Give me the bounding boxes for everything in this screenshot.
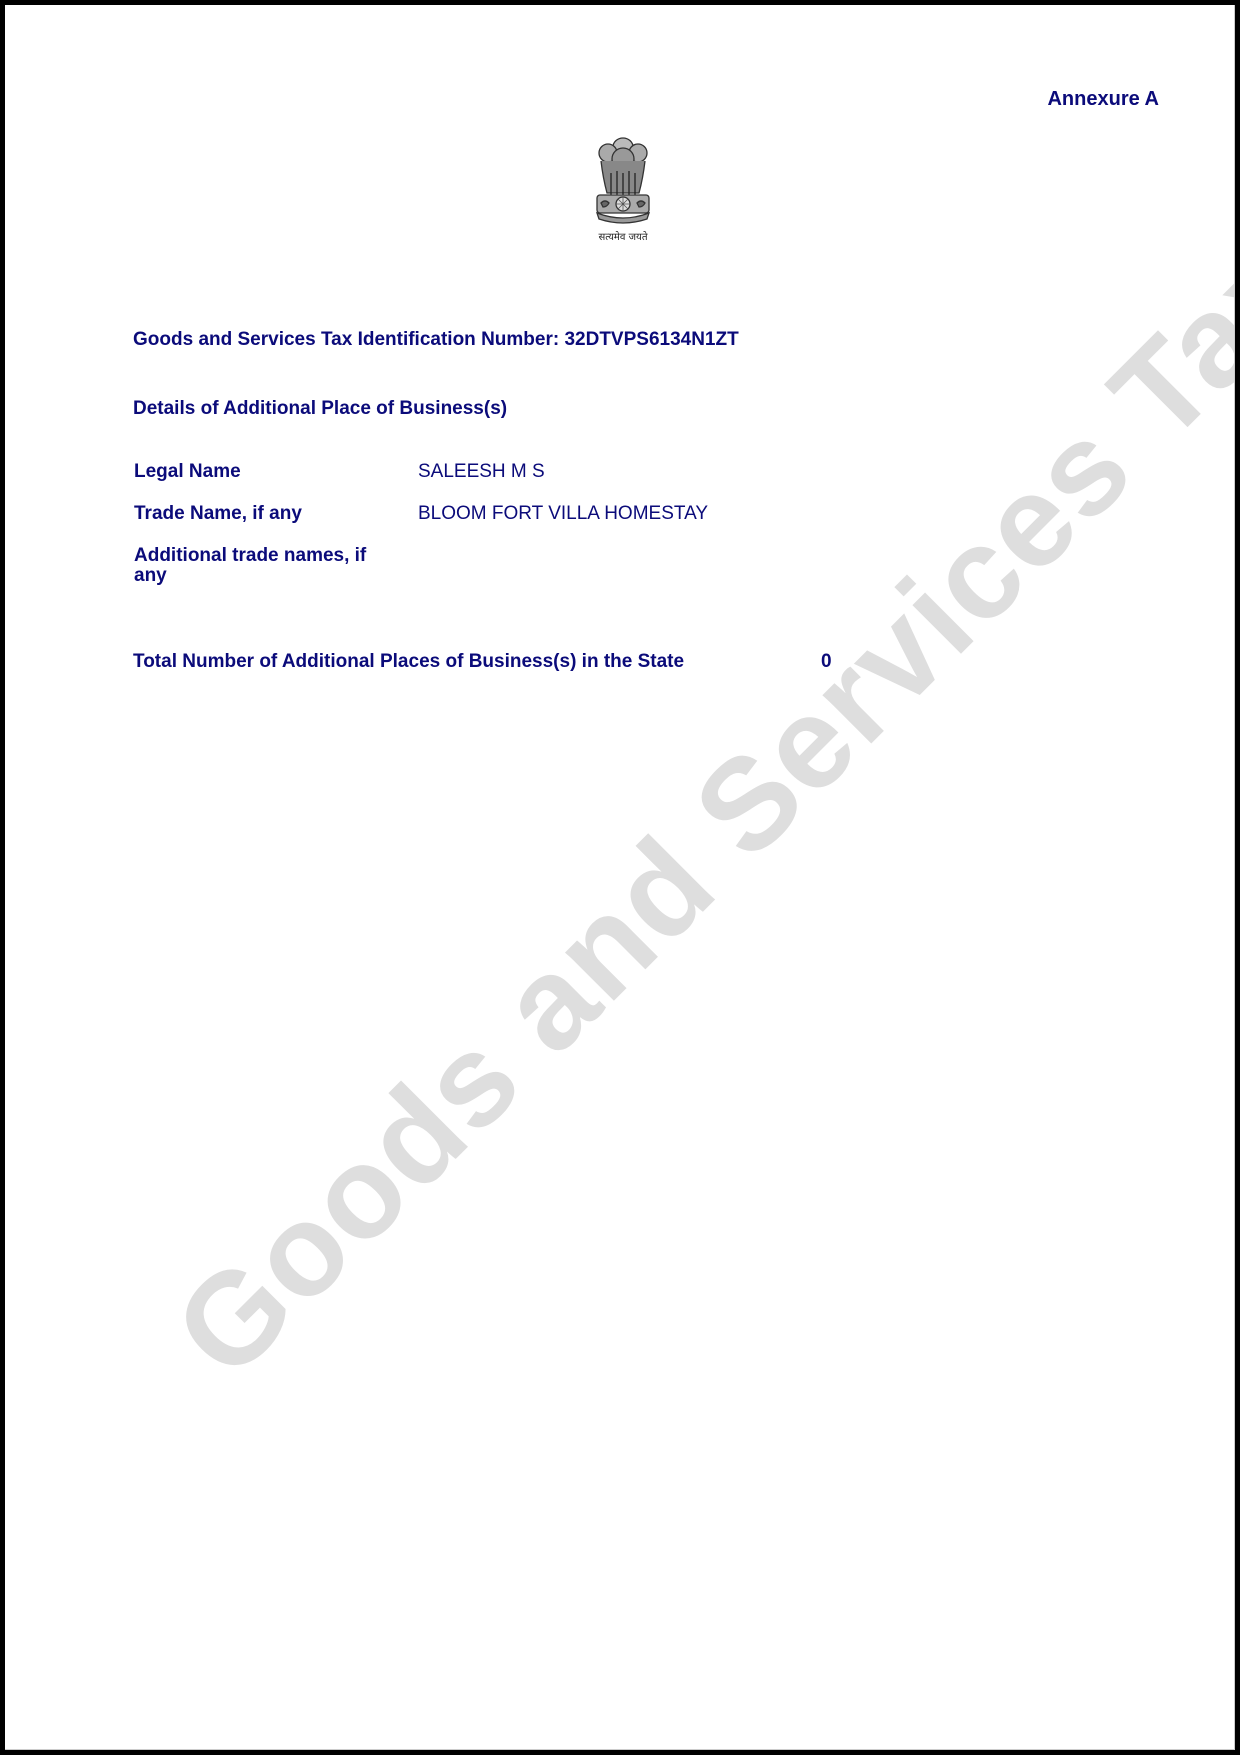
watermark: Goods and Services Tax bbox=[145, 208, 1235, 1406]
emblem-motto: सत्यमेव जयते bbox=[581, 229, 665, 243]
gstin-heading: Goods and Services Tax Identification Nu… bbox=[133, 329, 739, 351]
total-places-value: 0 bbox=[821, 651, 832, 673]
legal-name-value: SALEESH M S bbox=[418, 462, 545, 482]
document-page: Goods and Services Tax Annexure A bbox=[5, 5, 1235, 1750]
trade-name-label: Trade Name, if any bbox=[134, 504, 404, 524]
additional-trade-names-label: Additional trade names, if any bbox=[134, 546, 404, 586]
legal-name-label: Legal Name bbox=[134, 462, 404, 482]
trade-name-value: BLOOM FORT VILLA HOMESTAY bbox=[418, 504, 708, 524]
total-places-label: Total Number of Additional Places of Bus… bbox=[133, 651, 684, 673]
annexure-label: Annexure A bbox=[1047, 88, 1159, 111]
section-title: Details of Additional Place of Business(… bbox=[133, 398, 507, 420]
